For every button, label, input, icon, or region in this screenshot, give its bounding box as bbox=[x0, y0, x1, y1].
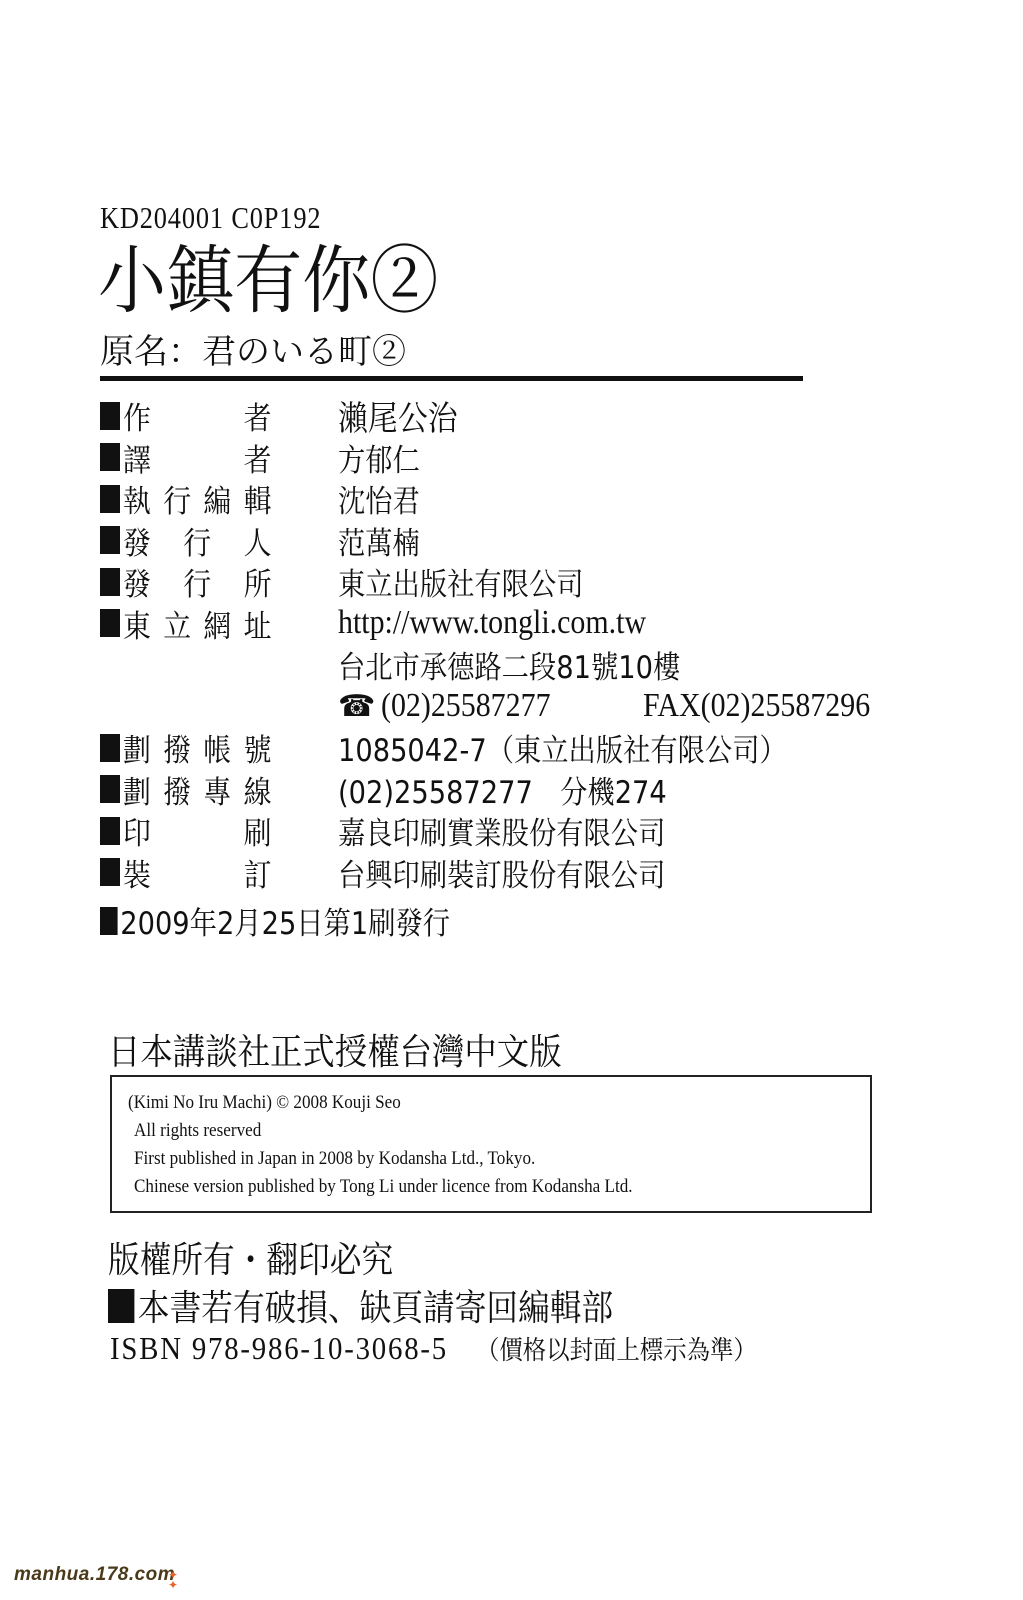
credit-value: 范萬楠 bbox=[338, 518, 420, 563]
credit-row-publishing-house: 發 行 所 東立出版社有限公司 bbox=[100, 561, 920, 603]
credit-label: 者 bbox=[244, 435, 272, 480]
bullet-square-icon bbox=[100, 526, 120, 554]
credit-label: 行 bbox=[183, 559, 211, 604]
copyright-line: All rights reserved bbox=[134, 1117, 633, 1145]
credit-row-editor: 執 行 編 輯 沈怡君 bbox=[100, 478, 920, 520]
bullet-square-icon bbox=[100, 402, 120, 430]
phone-number: (02)25587277 bbox=[381, 687, 612, 725]
credit-label: 刷 bbox=[244, 808, 272, 853]
price-note: （價格以封面上標示為準） bbox=[476, 1330, 757, 1367]
telephone-icon: ☎ bbox=[338, 689, 375, 724]
credit-row-author: 作 者 瀨尾公治 bbox=[100, 395, 920, 437]
credit-label: 輯 bbox=[244, 476, 272, 521]
isbn-row: ISBN 978-986-10-3068-5 （價格以封面上標示為準） bbox=[110, 1330, 788, 1367]
credit-value: (02)25587277 分機274 bbox=[338, 767, 667, 812]
title-divider bbox=[100, 376, 803, 381]
credit-label: 人 bbox=[244, 518, 272, 563]
copyright-line: First published in Japan in 2008 by Koda… bbox=[134, 1145, 633, 1173]
address: 台北市承德路二段81號10樓 bbox=[338, 642, 680, 687]
print-date: 2009年2月25日第1刷發行 bbox=[120, 898, 450, 943]
credit-row-address: 台北市承德路二段81號10樓 bbox=[100, 644, 920, 686]
credit-label: 者 bbox=[244, 393, 272, 438]
star-decoration-icon: ✦✦ bbox=[168, 1570, 178, 1590]
bullet-square-icon bbox=[100, 485, 120, 513]
credit-label: 行 bbox=[183, 518, 211, 563]
credit-label: 發 bbox=[123, 559, 151, 604]
credit-label: 執 bbox=[123, 476, 151, 521]
rights-reserved: 版權所有・翻印必究 bbox=[108, 1232, 393, 1283]
credit-value: 嘉良印刷實業股份有限公司 bbox=[338, 808, 665, 853]
credit-label: 立 bbox=[163, 601, 191, 646]
print-date-row: 2009年2月25日第1刷發行 bbox=[100, 898, 450, 943]
credit-value: 沈怡君 bbox=[338, 476, 420, 521]
fax-number: FAX(02)25587296 bbox=[643, 687, 870, 725]
credit-label: 網 bbox=[203, 601, 231, 646]
credit-label: 東 bbox=[123, 601, 151, 646]
credit-label: 撥 bbox=[163, 725, 191, 770]
copyright-line: Chinese version published by Tong Li und… bbox=[134, 1173, 633, 1201]
credit-label: 劃 bbox=[123, 767, 151, 812]
damage-notice: 本書若有破損、缺頁請寄回編輯部 bbox=[138, 1280, 613, 1331]
credit-label: 所 bbox=[244, 559, 272, 604]
credit-label: 址 bbox=[244, 601, 272, 646]
credit-row-website: 東 立 網 址 http://www.tongli.com.tw bbox=[100, 603, 920, 645]
website-link[interactable]: http://www.tongli.com.tw bbox=[338, 604, 646, 642]
damage-notice-row: 本書若有破損、缺頁請寄回編輯部 bbox=[108, 1280, 613, 1331]
credit-row-binder: 裝 訂 台興印刷裝訂股份有限公司 bbox=[100, 852, 920, 894]
license-title: 日本講談社正式授權台灣中文版 bbox=[108, 1024, 562, 1075]
credit-row-hotline: 劃 撥 專 線 (02)25587277 分機274 bbox=[100, 769, 920, 811]
bullet-square-icon bbox=[100, 775, 120, 803]
credit-label: 裝 bbox=[123, 850, 151, 895]
credit-label: 號 bbox=[244, 725, 272, 770]
credit-value: 瀨尾公治 bbox=[338, 391, 458, 440]
credit-label: 訂 bbox=[244, 850, 272, 895]
credit-label: 印 bbox=[123, 808, 151, 853]
credit-row-printer: 印 刷 嘉良印刷實業股份有限公司 bbox=[100, 810, 920, 852]
credit-value: 東立出版社有限公司 bbox=[338, 559, 584, 604]
credit-row-translator: 譯 者 方郁仁 bbox=[100, 437, 920, 479]
isbn-code: ISBN 978-986-10-3068-5 bbox=[110, 1330, 448, 1367]
bullet-square-icon bbox=[100, 443, 120, 471]
credit-row-account: 劃 撥 帳 號 1085042-7（東立出版社有限公司） bbox=[100, 727, 920, 769]
book-title: 小鎮有你② bbox=[98, 236, 438, 326]
product-code: KD204001 C0P192 bbox=[100, 200, 321, 236]
credit-label: 專 bbox=[203, 767, 231, 812]
credit-label: 劃 bbox=[123, 725, 151, 770]
credit-row-phone: ☎ (02)25587277 FAX(02)25587296 bbox=[100, 686, 920, 728]
credit-value: 1085042-7（東立出版社有限公司） bbox=[338, 725, 787, 770]
watermark: manhua.178.com bbox=[14, 1564, 175, 1586]
credit-value: 台興印刷裝訂股份有限公司 bbox=[338, 850, 665, 895]
bullet-square-icon bbox=[100, 568, 120, 596]
credit-label: 編 bbox=[203, 476, 231, 521]
bullet-square-icon bbox=[100, 858, 120, 886]
credit-label: 發 bbox=[123, 518, 151, 563]
bullet-square-icon bbox=[100, 907, 118, 935]
credit-label: 撥 bbox=[163, 767, 191, 812]
original-title: 原名：君のいる町② bbox=[100, 330, 406, 374]
credit-label: 作 bbox=[123, 393, 151, 438]
credit-label: 線 bbox=[244, 767, 272, 812]
credit-label: 帳 bbox=[203, 725, 231, 770]
bullet-square-icon bbox=[100, 734, 120, 762]
credit-label: 行 bbox=[163, 476, 191, 521]
copyright-box: (Kimi No Iru Machi) © 2008 Kouji Seo All… bbox=[110, 1075, 872, 1213]
bullet-square-icon bbox=[100, 817, 120, 845]
credit-row-publisher: 發 行 人 范萬楠 bbox=[100, 520, 920, 562]
credits-list: 作 者 瀨尾公治 譯 者 方郁仁 執 行 編 輯 沈怡君 發 行 人 范萬楠 發… bbox=[100, 395, 920, 893]
bullet-square-icon bbox=[100, 609, 120, 637]
copyright-line: (Kimi No Iru Machi) © 2008 Kouji Seo bbox=[128, 1089, 632, 1117]
bullet-square-icon bbox=[108, 1289, 134, 1323]
credit-value: 方郁仁 bbox=[338, 435, 420, 480]
credit-label: 譯 bbox=[123, 435, 151, 480]
